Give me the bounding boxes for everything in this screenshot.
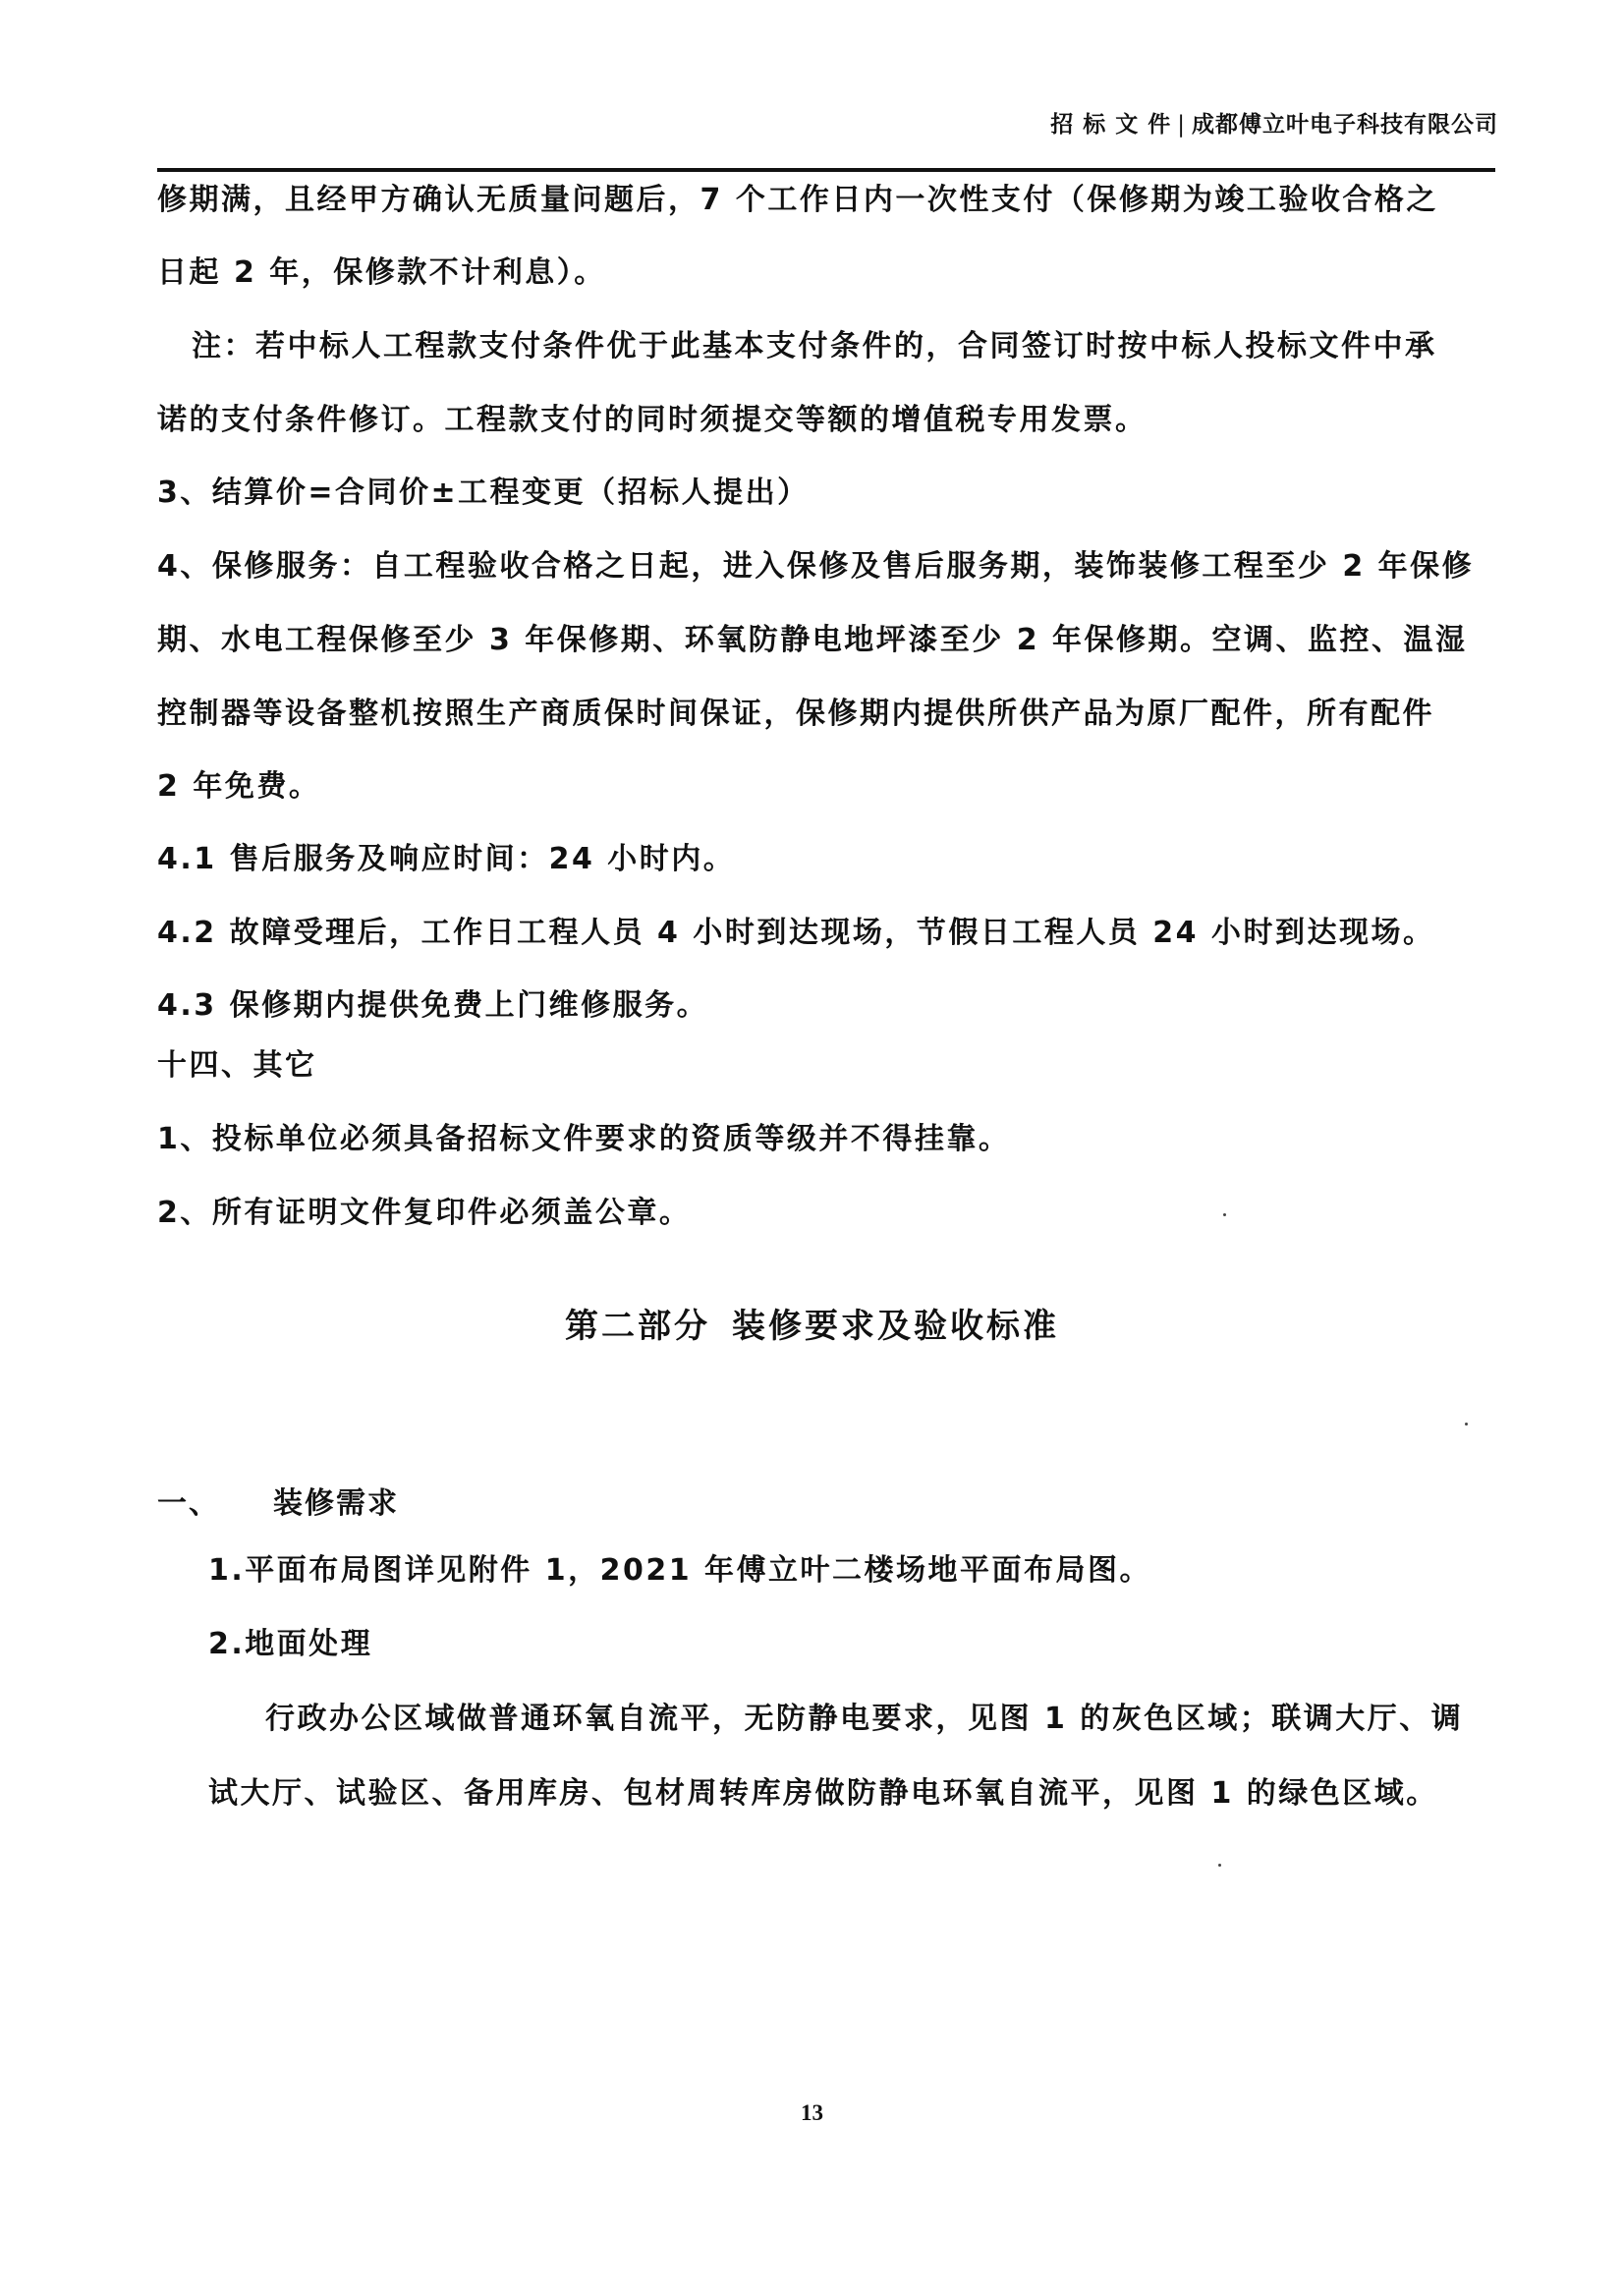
scan-speck [1465,1423,1468,1426]
requirement-item: 2.地面处理 [208,1625,1554,1664]
body-line: 修期满，且经甲方确认无质量问题后，7 个工作日内一次性支付（保修期为竣工验收合格… [157,181,1503,220]
settlement-clause: 3、结算价=合同价±工程变更（招标人提出） [157,474,1503,513]
requirement-item: 1.平面布局图详见附件 1，2021 年傅立叶二楼场地平面布局图。 [208,1551,1554,1591]
floor-treatment-text: 行政办公区域做普通环氧自流平，无防静电要求，见图 1 的灰色区域；联调大厅、调 [265,1700,1611,1739]
header-rule [157,168,1495,172]
clause-4-3: 4.3 保修期内提供免费上门维修服务。 [157,986,1503,1026]
clause-4-2: 4.2 故障受理后，工作日工程人员 4 小时到达现场，节假日工程人员 24 小时… [157,914,1503,953]
section-one-title: 装修需求 [273,1486,399,1521]
clause-4-1: 4.1 售后服务及响应时间：24 小时内。 [157,840,1503,879]
scan-speck [1223,1213,1226,1216]
section-one-heading: 一、装修需求 [157,1479,399,1522]
document-page: 招 标 文 件|成都傅立叶电子科技有限公司 修期满，且经甲方确认无质量问题后，7… [0,0,1624,2293]
header-doc-type: 招 标 文 件 [1050,112,1171,138]
warranty-clause: 4、保修服务：自工程验收合格之日起，进入保修及售后服务期，装饰装修工程至少 2 … [157,547,1503,587]
section-one-number: 一、 [157,1479,273,1522]
warranty-clause: 控制器等设备整机按照生产商质保时间保证，保修期内提供所供产品为原厂配件，所有配件 [157,695,1503,734]
other-clause-1: 1、投标单位必须具备招标文件要求的资质等级并不得挂靠。 [157,1120,1503,1159]
part-two-label: 第二部分 [565,1307,710,1346]
floor-treatment-text: 试大厅、试验区、备用库房、包材周转库房做防静电环氧自流平，见图 1 的绿色区域。 [208,1774,1554,1814]
header-separator: | [1177,112,1186,138]
warranty-clause: 2 年免费。 [157,767,1503,807]
warranty-clause: 期、水电工程保修至少 3 年保修期、环氧防静电地坪漆至少 2 年保修期。空调、监… [157,621,1503,660]
scan-speck [1218,1864,1221,1867]
page-number: 13 [0,2100,1624,2126]
part-two-name: 装修要求及验收标准 [732,1307,1059,1346]
body-line: 诺的支付条件修订。工程款支付的同时须提交等额的增值税专用发票。 [157,401,1503,440]
header-company: 成都傅立叶电子科技有限公司 [1192,112,1498,138]
other-clause-2: 2、所有证明文件复印件必须盖公章。 [157,1194,1503,1233]
part-two-title: 第二部分装修要求及验收标准 [0,1299,1624,1347]
page-header: 招 标 文 件|成都傅立叶电子科技有限公司 [1050,106,1498,139]
section-fourteen-heading: 十四、其它 [157,1046,1503,1086]
body-line: 日起 2 年，保修款不计利息）。 [157,253,1503,293]
note-line: 注：若中标人工程款支付条件优于此基本支付条件的，合同签订时按中标人投标文件中承 [192,327,1538,366]
